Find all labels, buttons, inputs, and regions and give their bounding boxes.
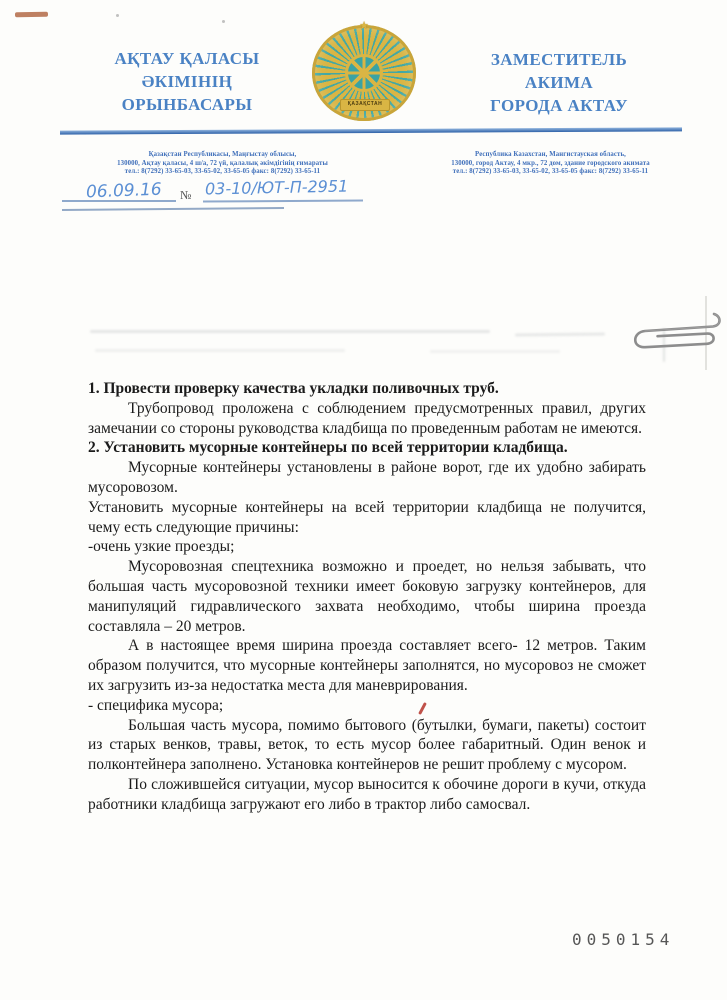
address-line: тел.: 8(7292) 33-65-03, 33-65-02, 33-65-… <box>70 168 375 177</box>
body-heading-1: 1. Провести проверку качества укладки по… <box>88 379 646 399</box>
emblem-banner: ҚАЗАҚСТАН <box>340 99 390 111</box>
number-underline <box>203 199 363 202</box>
faded-text-artifact <box>95 349 345 352</box>
body-paragraph: Большая часть мусора, помимо бытового (б… <box>88 716 646 775</box>
address-block-kazakh: Қазақстан Республикасы, Маңғыстау облысы… <box>70 151 375 177</box>
handwritten-outgoing-number: 03-10/ЮТ-П-2951 <box>205 177 349 199</box>
letterhead-title-kazakh-line: ӘКІМІНІҢ <box>82 70 292 93</box>
emblem-shanyrak <box>345 54 383 92</box>
address-line: 130000, Ақтау қаласы, 4 ш/а, 72 үй, қала… <box>70 160 375 169</box>
letterhead-title-kazakh-line: ОРЫНБАСАРЫ <box>82 93 292 116</box>
address-line: Қазақстан Республикасы, Маңғыстау облысы… <box>70 151 375 160</box>
scan-dot <box>116 14 119 17</box>
kazakhstan-coat-of-arms-icon: ★ ҚАЗАҚСТАН <box>312 25 416 121</box>
letterhead-divider <box>60 127 682 134</box>
addressee-underline <box>62 207 284 211</box>
body-list-item: -очень узкие проезды; <box>88 537 646 557</box>
handwritten-date: 06.09.16 <box>86 180 162 203</box>
body-paragraph: Установить мусорные контейнеры на всей т… <box>88 498 646 538</box>
address-line: тел.: 8(7292) 33-65-03, 33-65-02, 33-65-… <box>398 168 703 177</box>
faded-text-artifact <box>90 330 490 333</box>
stamped-serial-number: 0050154 <box>572 930 674 949</box>
body-paragraph: Мусоровозная спецтехника возможно и прое… <box>88 557 646 636</box>
faded-text-artifact <box>430 350 560 353</box>
letterhead-title-russian-line: АКИМА <box>450 71 668 94</box>
letterhead-title-russian-line: ЗАМЕСТИТЕЛЬ <box>450 48 668 71</box>
body-list-item: - специфика мусора; <box>88 696 646 716</box>
scanned-letter-page: АҚТАУ ҚАЛАСЫ ӘКІМІНІҢ ОРЫНБАСАРЫ ★ ҚАЗАҚ… <box>0 0 727 1000</box>
address-line: Республика Казахстан, Мангистауская обла… <box>398 151 703 160</box>
scan-smudge-mark <box>15 12 48 17</box>
date-underline <box>62 200 176 202</box>
body-heading-2: 2. Установить мусорные контейнеры по все… <box>88 438 646 458</box>
number-sign-label: № <box>180 188 191 203</box>
letterhead-title-russian-line: ГОРОДА АКТАУ <box>450 94 668 117</box>
body-paragraph: А в настоящее время ширина проезда соста… <box>88 636 646 695</box>
address-line: 130000, город Актау, 4 мкр., 72 дом, зда… <box>398 160 703 169</box>
letterhead-title-kazakh-line: АҚТАУ ҚАЛАСЫ <box>82 47 292 70</box>
body-paragraph: Мусорные контейнеры установлены в районе… <box>88 458 646 498</box>
letterhead-title-kazakh: АҚТАУ ҚАЛАСЫ ӘКІМІНІҢ ОРЫНБАСАРЫ <box>82 47 292 116</box>
letter-body: 1. Провести проверку качества укладки по… <box>88 379 646 815</box>
paper-clip-icon <box>602 298 727 368</box>
address-block-russian: Республика Казахстан, Мангистауская обла… <box>398 151 703 177</box>
star-icon: ★ <box>312 21 416 32</box>
body-paragraph: Трубопровод проложена с соблюдением пред… <box>88 399 646 439</box>
faded-text-artifact <box>515 333 605 337</box>
scan-dot <box>222 20 225 23</box>
letterhead-title-russian: ЗАМЕСТИТЕЛЬ АКИМА ГОРОДА АКТАУ <box>450 48 668 117</box>
body-paragraph: По сложившейся ситуации, мусор выносится… <box>88 775 646 815</box>
